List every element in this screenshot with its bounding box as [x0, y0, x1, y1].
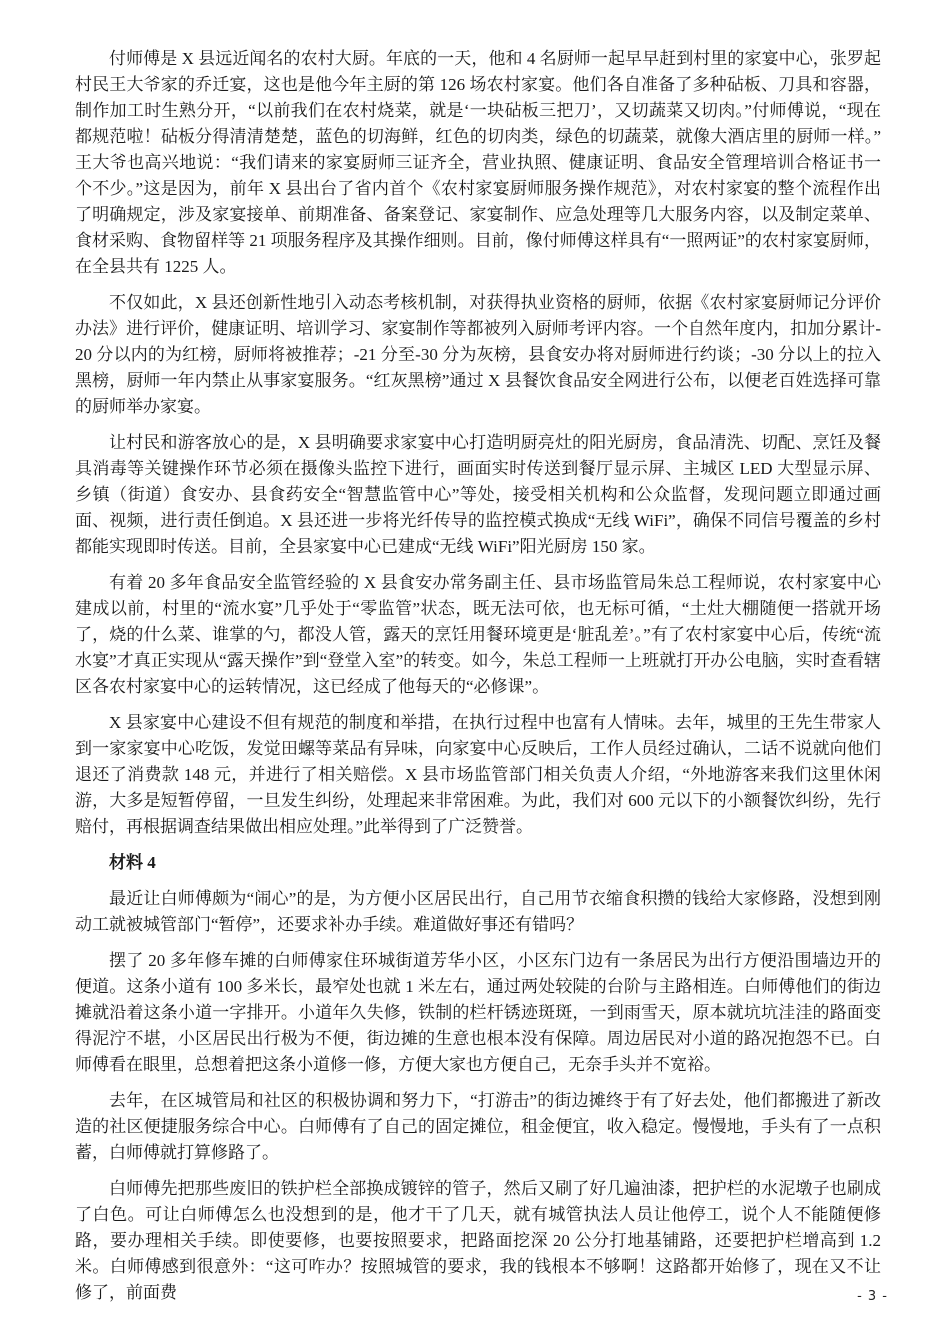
document-body: 付师傅是 X 县远近闻名的农村大厨。年底的一天，他和 4 名厨师一起早早赶到村里…: [75, 46, 881, 1316]
page-number: - 3 -: [857, 1289, 888, 1304]
section-heading-material-4: 材料 4: [75, 850, 881, 876]
paragraph-road-repair-halt: 白师傅先把那些废旧的铁护栏全部换成镀锌的管子，然后又刷了好几遍油漆，把护栏的水泥…: [75, 1176, 881, 1306]
paragraph-compensation-policy: X 县家宴中心建设不但有规范的制度和举措，在执行过程中也富有人情味。去年，城里的…: [75, 710, 881, 840]
paragraph-dynamic-scoring: 不仅如此，X 县还创新性地引入动态考核机制，对获得执业资格的厨师，依据《农村家宴…: [75, 290, 881, 420]
paragraph-stall-relocation: 去年，在区城管局和社区的积极协调和努力下，“打游击”的街边摊终于有了好去处，他们…: [75, 1088, 881, 1166]
paragraph-alley-description: 摆了 20 多年修车摊的白师傅家住环城街道芳华小区，小区东门边有一条居民为出行方…: [75, 948, 881, 1078]
paragraph-fu-chef-intro: 付师傅是 X 县远近闻名的农村大厨。年底的一天，他和 4 名厨师一起早早赶到村里…: [75, 46, 881, 280]
paragraph-bai-intro: 最近让白师傅颇为“闹心”的是，为方便小区居民出行，自己用节衣缩食积攒的钱给大家修…: [75, 886, 881, 938]
paragraph-sunshine-kitchen: 让村民和游客放心的是，X 县明确要求家宴中心打造明厨亮灶的阳光厨房，食品清洗、切…: [75, 430, 881, 560]
paragraph-engineer-zhu: 有着 20 多年食品安全监管经验的 X 县食安办常务副主任、县市场监管局朱总工程…: [75, 570, 881, 700]
document-page: 付师傅是 X 县远近闻名的农村大厨。年底的一天，他和 4 名厨师一起早早赶到村里…: [0, 0, 950, 1344]
